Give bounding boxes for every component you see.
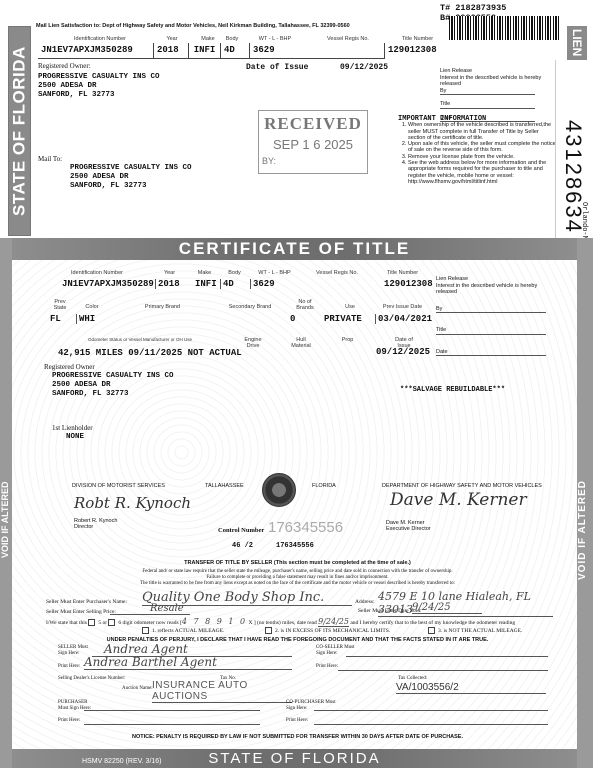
- lienholder: NONE: [66, 433, 84, 441]
- prev-state-label: Prev State: [52, 299, 68, 311]
- state-label: FLORIDA: [312, 483, 336, 489]
- option-1[interactable]: 1. reflects ACTUAL MILEAGE.: [142, 627, 224, 634]
- make: INFI: [188, 43, 220, 59]
- prop-label: Prop: [340, 337, 355, 343]
- transfer-heading: TRANSFER OF TITLE BY SELLER (This sectio…: [40, 560, 555, 566]
- title-number-label: Title Number: [395, 36, 440, 42]
- seller-print-label: Print Here:: [58, 664, 80, 669]
- certificate-banner: CERTIFICATE OF TITLE: [12, 238, 577, 260]
- prev-issue-date: 03/04/2021: [375, 314, 432, 324]
- registered-owner: PROGRESSIVE CASUALTY INS CO2500 ADESA DR…: [38, 73, 160, 100]
- date-of-issue: 09/12/2025: [340, 63, 388, 72]
- cert-wt: 3629: [250, 279, 275, 289]
- transfer-law-text: Federal and/ or state law require that t…: [40, 569, 555, 587]
- registered-owner-label: Registered Owner:: [38, 62, 91, 70]
- body: 4D: [220, 43, 249, 59]
- cert-lien-release: Lien Release Interest in the described v…: [436, 276, 554, 356]
- lienholder-label: 1st Lienholder: [52, 424, 93, 432]
- state-seal-icon: [262, 473, 296, 507]
- void-if-altered-label: VOID IF ALTERED: [577, 390, 593, 670]
- director-signature: Robt R. Kynoch: [74, 494, 191, 512]
- hull-label: Hull Material: [286, 337, 316, 349]
- coseller-print-field[interactable]: [338, 670, 548, 671]
- id-number: JN1EV7APXJM350289: [38, 43, 153, 59]
- brand-note: ***SALVAGE REBUILDABLE***: [400, 386, 505, 394]
- coseller-print-label: Print Here:: [316, 664, 338, 669]
- footer-title: STATE OF FLORIDA: [208, 750, 380, 767]
- purchaser-signature-field[interactable]: [84, 710, 260, 711]
- cert-vessel-label: Vessel Regis No.: [312, 270, 362, 276]
- vessel-label: Vessel Regis No.: [318, 36, 378, 42]
- color: WHI: [76, 314, 95, 324]
- primary-brand-label: Primary Brand: [140, 304, 185, 310]
- cert-title-number: 129012308: [384, 279, 433, 289]
- mail-to-label: Mail To:: [38, 155, 62, 163]
- secondary-brand-label: Secondary Brand: [225, 304, 275, 310]
- copurchaser-print-field[interactable]: [314, 724, 548, 725]
- wt-label: WT - L - BHP: [250, 36, 300, 42]
- purchaser-print-field[interactable]: [84, 724, 260, 725]
- date-of-issue-label: Date of Issue: [246, 63, 308, 72]
- prev-issue-date-label: Prev Issue Date: [380, 304, 425, 310]
- use: PRIVATE: [324, 314, 362, 324]
- use-label: Use: [340, 304, 360, 310]
- year: 2018: [153, 43, 188, 59]
- address-label: Address:: [355, 599, 375, 605]
- cert-id-label: Identification Number: [62, 270, 132, 276]
- stub-lien-release: Lien Release Interest in the described v…: [440, 68, 556, 122]
- cert-body: 4D: [220, 279, 234, 289]
- certificate-footer: HSMV 82250 (REV. 3/16) STATE OF FLORIDA: [12, 749, 577, 768]
- cert-year: 2018: [155, 279, 180, 289]
- tax-collected-field[interactable]: VA/1003556/2: [396, 682, 546, 694]
- control-number: 176345556: [268, 519, 343, 536]
- cert-registered-owner-label: Registered Owner: [44, 363, 95, 371]
- executive-signature: Dave M. Kerner: [390, 490, 527, 510]
- title-number: 129012308: [384, 43, 440, 59]
- barcode: [449, 16, 559, 40]
- make-label: Make: [196, 36, 220, 42]
- cert-make-label: Make: [192, 270, 217, 276]
- cert-body-label: Body: [222, 270, 247, 276]
- coseller-signature-field[interactable]: [346, 656, 548, 657]
- copurchaser-signature-field[interactable]: [314, 710, 548, 711]
- selling-price-label: Seller Must Enter Selling Price:: [46, 609, 116, 615]
- option-3[interactable]: 3. is NOT THE ACTUAL MILEAGE.: [428, 627, 522, 634]
- year-label: Year: [160, 36, 184, 42]
- digit-5-checkbox[interactable]: [88, 619, 95, 626]
- lien-side-label: LIEN: [567, 26, 587, 60]
- tax-collected-label: Tax Collected:: [398, 676, 427, 681]
- cert-registered-owner: PROGRESSIVE CASUALTY INS CO2500 ADESA DR…: [52, 372, 174, 399]
- cert-date-of-issue: 09/12/2025: [376, 347, 430, 357]
- dealer-license-label: Selling Dealer's License Number:: [58, 676, 125, 681]
- important-information: IMPORTANT INFORMATION When ownership of …: [398, 116, 556, 185]
- odometer-label: Odometer Status or Vessel Manufacturer o…: [55, 337, 225, 342]
- copurchaser-print-label: Print Here:: [286, 718, 308, 723]
- mail-lien-text: Mail Lien Satisfaction to: Dept of Highw…: [36, 23, 350, 29]
- division-label: DIVISION OF MOTORIST SERVICES: [72, 483, 165, 489]
- auction-name-field[interactable]: INSURANCE AUTO AUCTIONS: [152, 680, 292, 703]
- wt: 3629: [249, 43, 384, 59]
- cert-year-label: Year: [157, 270, 182, 276]
- option-2[interactable]: 2. is IN EXCESS OF ITS MECHANICAL LIMITS…: [265, 627, 390, 634]
- control-number-label: Control Number: [218, 527, 264, 534]
- control-code: 46 /2: [232, 542, 253, 550]
- department-label: DEPARTMENT OF HIGHWAY SAFETY AND MOTOR V…: [382, 483, 542, 489]
- odometer-statement: I/We state that this 5 or 6 digit odomet…: [46, 617, 515, 626]
- engine-drive-label: Engine Drive: [238, 337, 268, 349]
- id-number-label: Identification Number: [55, 36, 145, 42]
- void-if-altered-left: VOID IF ALTERED: [0, 420, 12, 620]
- cert-wt-label: WT - L - BHP: [252, 270, 297, 276]
- notice-penalty: NOTICE: PENALTY IS REQUIRED BY LAW IF NO…: [40, 734, 555, 740]
- prev-state: FL: [50, 314, 61, 324]
- date-sold-field[interactable]: 9/24/25: [412, 602, 482, 614]
- cert-id-number: JN1EV7APXJM350289: [62, 279, 154, 289]
- body-label: Body: [222, 36, 242, 42]
- auction-name-label: Auction Name:: [122, 686, 153, 691]
- purchaser-print-label: Print Here:: [58, 718, 80, 723]
- odometer-reading-field[interactable]: 4 7 8 9 1 0: [182, 617, 247, 626]
- form-number: HSMV 82250 (REV. 3/16): [82, 752, 162, 768]
- received-stamp: RECEIVED SEP 1 6 2025 BY:: [258, 110, 368, 174]
- odometer-status: 42,915 MILES 09/11/2025 NOT ACTUAL: [58, 348, 242, 358]
- control-number-small: 176345556: [276, 542, 314, 550]
- director-name: Robert R. KynochDirector: [74, 518, 117, 530]
- color-label: Color: [82, 304, 102, 310]
- no-brands: 0: [290, 314, 295, 324]
- cert-title-label: Title Number: [380, 270, 425, 276]
- mail-to-address: PROGRESSIVE CASUALTY INS CO2500 ADESA DR…: [70, 164, 192, 191]
- date-read-field[interactable]: 9/24/25: [318, 617, 349, 627]
- cert-make: INFI: [195, 279, 217, 289]
- executive-name: Dave M. KernerExecutive Director: [386, 520, 431, 532]
- stub-side-label: STATE OF FLORIDA: [8, 26, 31, 236]
- selling-price-field[interactable]: Resale: [110, 603, 190, 615]
- seller-print-field[interactable]: Andrea Barthel Agent: [84, 655, 292, 670]
- no-brands-label: No of Brands: [294, 299, 316, 311]
- digit-6-checkbox[interactable]: [108, 619, 115, 626]
- city-label: TALLAHASSEE: [205, 483, 244, 489]
